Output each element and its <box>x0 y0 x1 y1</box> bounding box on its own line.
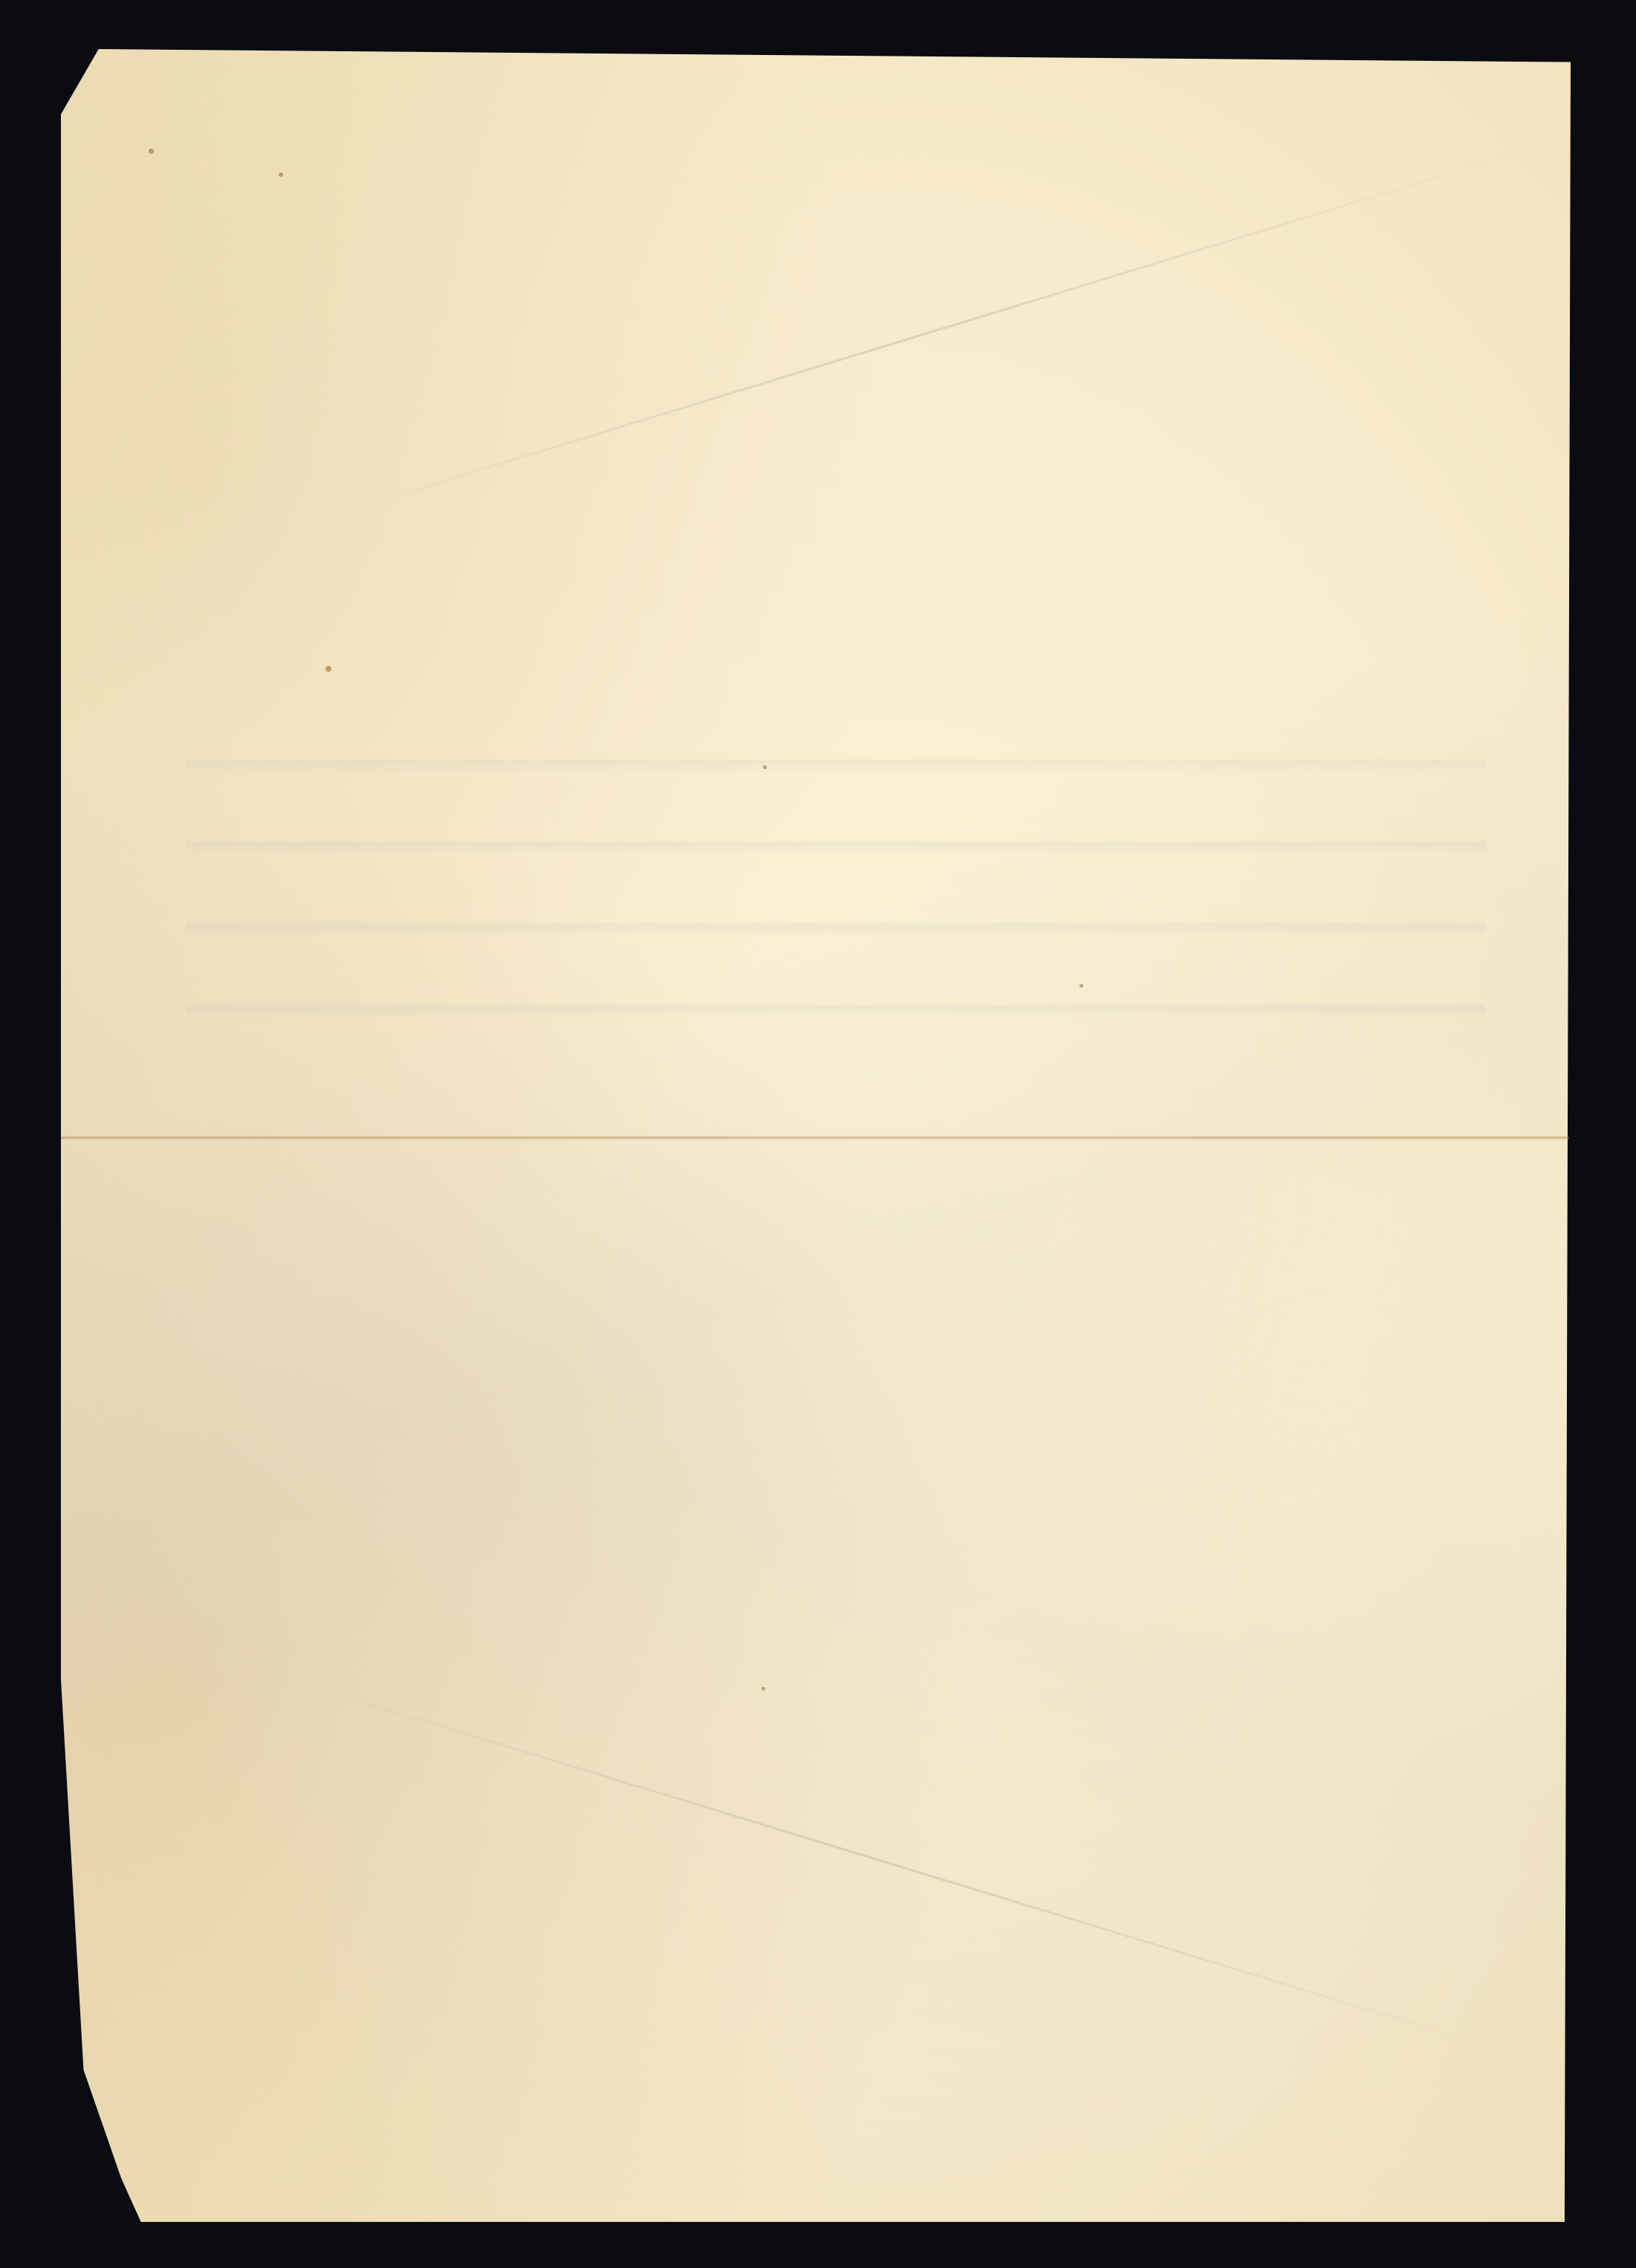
horizontal-fold-line <box>61 1135 1569 1140</box>
stain-spot <box>1080 984 1083 988</box>
stain-spot <box>279 172 283 177</box>
stain-spot <box>763 765 767 769</box>
stain-spot <box>762 1687 765 1691</box>
stain-spot <box>325 666 331 672</box>
stain-spot <box>149 149 154 154</box>
